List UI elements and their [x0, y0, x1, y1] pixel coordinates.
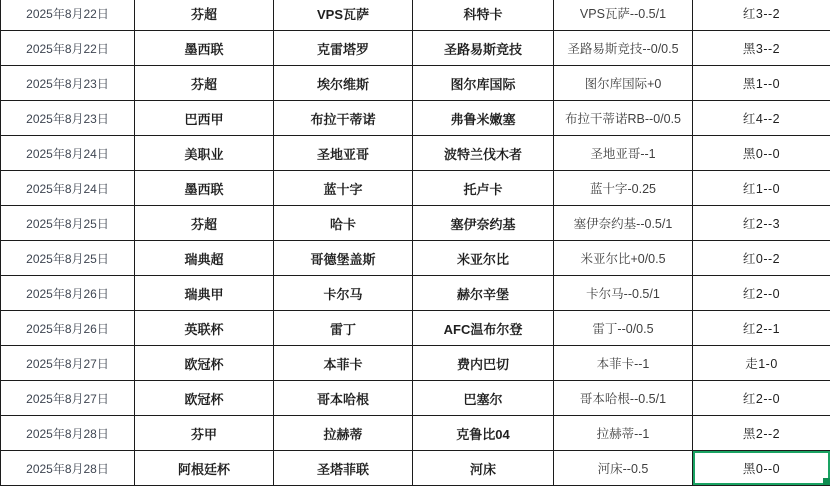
- match-result-cell[interactable]: 红3--2: [693, 0, 830, 31]
- match-result-cell[interactable]: 走1-0: [693, 346, 830, 381]
- league-name-cell[interactable]: 欧冠杯: [135, 346, 274, 381]
- table-row: 2025年8月26日 英联杯 雷丁 AFC温布尔登 雷丁--0/0.5 红2--…: [1, 311, 830, 346]
- cell-selection-border: [693, 451, 830, 486]
- away-team-cell[interactable]: 科特卡: [413, 0, 554, 31]
- away-team-cell[interactable]: 河床: [413, 451, 554, 486]
- home-team-cell[interactable]: 雷丁: [274, 311, 413, 346]
- table-row: 2025年8月22日 墨西联 克雷塔罗 圣路易斯竞技 圣路易斯竞技--0/0.5…: [1, 31, 830, 66]
- table-row: 2025年8月24日 墨西联 蓝十字 托卢卡 蓝十字-0.25 红1--0: [1, 171, 830, 206]
- league-name-cell[interactable]: 阿根廷杯: [135, 451, 274, 486]
- league-name-cell[interactable]: 巴西甲: [135, 101, 274, 136]
- match-date-cell[interactable]: 2025年8月23日: [1, 101, 135, 136]
- table-row: 2025年8月25日 芬超 哈卡 塞伊奈约基 塞伊奈约基--0.5/1 红2--…: [1, 206, 830, 241]
- away-team-cell[interactable]: 图尔库国际: [413, 66, 554, 101]
- away-team-cell[interactable]: 圣路易斯竞技: [413, 31, 554, 66]
- league-name-cell[interactable]: 欧冠杯: [135, 381, 274, 416]
- away-team-cell[interactable]: AFC温布尔登: [413, 311, 554, 346]
- handicap-line-cell[interactable]: 布拉干蒂诺RB--0/0.5: [554, 101, 693, 136]
- match-result-cell[interactable]: 黑3--2: [693, 31, 830, 66]
- match-date-cell[interactable]: 2025年8月27日: [1, 346, 135, 381]
- handicap-line-cell[interactable]: 米亚尔比+0/0.5: [554, 241, 693, 276]
- table-row: 2025年8月27日 欧冠杯 本菲卡 费内巴切 本菲卡--1 走1-0: [1, 346, 830, 381]
- handicap-line-cell[interactable]: 卡尔马--0.5/1: [554, 276, 693, 311]
- match-date-cell[interactable]: 2025年8月25日: [1, 206, 135, 241]
- match-results-table: 2025年8月22日 芬超 VPS瓦萨 科特卡 VPS瓦萨--0.5/1 红3-…: [0, 0, 830, 486]
- handicap-line-cell[interactable]: 塞伊奈约基--0.5/1: [554, 206, 693, 241]
- league-name-cell[interactable]: 英联杯: [135, 311, 274, 346]
- home-team-cell[interactable]: 克雷塔罗: [274, 31, 413, 66]
- handicap-line-cell[interactable]: 本菲卡--1: [554, 346, 693, 381]
- handicap-line-cell[interactable]: 圣路易斯竞技--0/0.5: [554, 31, 693, 66]
- league-name-cell[interactable]: 瑞典超: [135, 241, 274, 276]
- match-date-cell[interactable]: 2025年8月27日: [1, 381, 135, 416]
- match-date-cell[interactable]: 2025年8月22日: [1, 31, 135, 66]
- match-date-cell[interactable]: 2025年8月24日: [1, 171, 135, 206]
- away-team-cell[interactable]: 托卢卡: [413, 171, 554, 206]
- match-date-cell[interactable]: 2025年8月24日: [1, 136, 135, 171]
- league-name-cell[interactable]: 芬甲: [135, 416, 274, 451]
- away-team-cell[interactable]: 米亚尔比: [413, 241, 554, 276]
- handicap-line-cell[interactable]: 圣地亚哥--1: [554, 136, 693, 171]
- table-row: 2025年8月28日 阿根廷杯 圣塔菲联 河床 河床--0.5 黑0--0: [1, 451, 830, 486]
- handicap-line-cell[interactable]: 河床--0.5: [554, 451, 693, 486]
- home-team-cell[interactable]: VPS瓦萨: [274, 0, 413, 31]
- handicap-line-cell[interactable]: 图尔库国际+0: [554, 66, 693, 101]
- away-team-cell[interactable]: 塞伊奈约基: [413, 206, 554, 241]
- match-date-cell[interactable]: 2025年8月28日: [1, 416, 135, 451]
- home-team-cell[interactable]: 卡尔马: [274, 276, 413, 311]
- match-result-cell[interactable]: 黑1--0: [693, 66, 830, 101]
- match-results-viewport: 2025年8月22日 芬超 VPS瓦萨 科特卡 VPS瓦萨--0.5/1 红3-…: [0, 0, 830, 487]
- home-team-cell[interactable]: 拉赫蒂: [274, 416, 413, 451]
- handicap-line-cell[interactable]: 蓝十字-0.25: [554, 171, 693, 206]
- table-row: 2025年8月23日 芬超 埃尔维斯 图尔库国际 图尔库国际+0 黑1--0: [1, 66, 830, 101]
- home-team-cell[interactable]: 埃尔维斯: [274, 66, 413, 101]
- match-result-cell[interactable]: 红2--1: [693, 311, 830, 346]
- league-name-cell[interactable]: 瑞典甲: [135, 276, 274, 311]
- table-row: 2025年8月28日 芬甲 拉赫蒂 克鲁比04 拉赫蒂--1 黑2--2: [1, 416, 830, 451]
- league-name-cell[interactable]: 墨西联: [135, 171, 274, 206]
- match-date-cell[interactable]: 2025年8月28日: [1, 451, 135, 486]
- handicap-line-cell[interactable]: 拉赫蒂--1: [554, 416, 693, 451]
- match-result-cell[interactable]: 黑0--0: [693, 451, 830, 486]
- match-date-cell[interactable]: 2025年8月26日: [1, 276, 135, 311]
- table-row: 2025年8月22日 芬超 VPS瓦萨 科特卡 VPS瓦萨--0.5/1 红3-…: [1, 0, 830, 31]
- home-team-cell[interactable]: 哥本哈根: [274, 381, 413, 416]
- match-result-cell[interactable]: 红0--2: [693, 241, 830, 276]
- match-result-cell[interactable]: 红2--3: [693, 206, 830, 241]
- home-team-cell[interactable]: 本菲卡: [274, 346, 413, 381]
- match-result-cell[interactable]: 黑0--0: [693, 136, 830, 171]
- league-name-cell[interactable]: 芬超: [135, 206, 274, 241]
- league-name-cell[interactable]: 芬超: [135, 66, 274, 101]
- table-row: 2025年8月27日 欧冠杯 哥本哈根 巴塞尔 哥本哈根--0.5/1 红2--…: [1, 381, 830, 416]
- match-date-cell[interactable]: 2025年8月26日: [1, 311, 135, 346]
- home-team-cell[interactable]: 哥德堡盖斯: [274, 241, 413, 276]
- match-date-cell[interactable]: 2025年8月22日: [1, 0, 135, 31]
- home-team-cell[interactable]: 哈卡: [274, 206, 413, 241]
- handicap-line-cell[interactable]: 哥本哈根--0.5/1: [554, 381, 693, 416]
- away-team-cell[interactable]: 波特兰伐木者: [413, 136, 554, 171]
- table-row: 2025年8月24日 美职业 圣地亚哥 波特兰伐木者 圣地亚哥--1 黑0--0: [1, 136, 830, 171]
- match-date-cell[interactable]: 2025年8月23日: [1, 66, 135, 101]
- match-result-cell[interactable]: 黑2--2: [693, 416, 830, 451]
- league-name-cell[interactable]: 美职业: [135, 136, 274, 171]
- handicap-line-cell[interactable]: 雷丁--0/0.5: [554, 311, 693, 346]
- table-row: 2025年8月26日 瑞典甲 卡尔马 赫尔辛堡 卡尔马--0.5/1 红2--0: [1, 276, 830, 311]
- home-team-cell[interactable]: 圣地亚哥: [274, 136, 413, 171]
- selection-corner-handle[interactable]: [823, 478, 830, 485]
- match-result-cell[interactable]: 红1--0: [693, 171, 830, 206]
- home-team-cell[interactable]: 布拉干蒂诺: [274, 101, 413, 136]
- away-team-cell[interactable]: 巴塞尔: [413, 381, 554, 416]
- league-name-cell[interactable]: 芬超: [135, 0, 274, 31]
- match-date-cell[interactable]: 2025年8月25日: [1, 241, 135, 276]
- away-team-cell[interactable]: 弗鲁米嫩塞: [413, 101, 554, 136]
- table-row: 2025年8月23日 巴西甲 布拉干蒂诺 弗鲁米嫩塞 布拉干蒂诺RB--0/0.…: [1, 101, 830, 136]
- away-team-cell[interactable]: 费内巴切: [413, 346, 554, 381]
- league-name-cell[interactable]: 墨西联: [135, 31, 274, 66]
- match-result-cell[interactable]: 红2--0: [693, 276, 830, 311]
- match-result-cell[interactable]: 红2--0: [693, 381, 830, 416]
- away-team-cell[interactable]: 赫尔辛堡: [413, 276, 554, 311]
- match-result-cell[interactable]: 红4--2: [693, 101, 830, 136]
- away-team-cell[interactable]: 克鲁比04: [413, 416, 554, 451]
- table-row: 2025年8月25日 瑞典超 哥德堡盖斯 米亚尔比 米亚尔比+0/0.5 红0-…: [1, 241, 830, 276]
- home-team-cell[interactable]: 圣塔菲联: [274, 451, 413, 486]
- handicap-line-cell[interactable]: VPS瓦萨--0.5/1: [554, 0, 693, 31]
- home-team-cell[interactable]: 蓝十字: [274, 171, 413, 206]
